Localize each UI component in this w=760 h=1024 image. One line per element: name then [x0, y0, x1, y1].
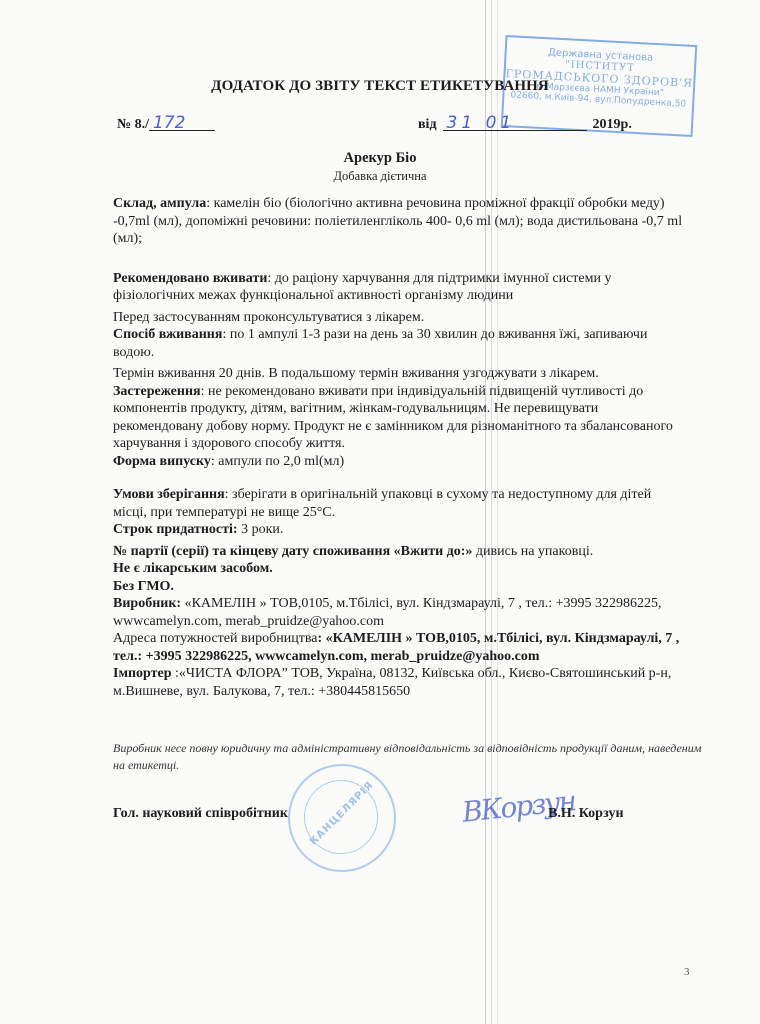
term-paragraph: Термін вживання 20 днів. В подальшому те… [113, 365, 688, 383]
label-text-body: Склад, ампула: камелін біо (біологічно а… [113, 195, 688, 700]
date-prefix: від [418, 117, 437, 132]
facility-paragraph: Адреса потужностей виробництва: «КАМЕЛІН… [113, 630, 688, 665]
batch-paragraph: № партії (серії) та кінцеву дату спожива… [113, 543, 688, 561]
handwritten-date: 31 01 [443, 116, 587, 131]
liability-disclaimer: Виробник несе повну юридичну та адмініст… [113, 740, 703, 774]
importer-paragraph: Імпортер :«ЧИСТА ФЛОРА” ТОВ, Україна, 08… [113, 665, 688, 700]
number-prefix: № 8./ [117, 117, 149, 132]
form-text: : ампули по 2,0 ml(мл) [211, 454, 344, 469]
page-number: 3 [684, 966, 690, 978]
form-paragraph: Форма випуску: ампули по 2,0 ml(мл) [113, 453, 688, 471]
office-round-stamp: КАНЦЕЛЯРІЯ [288, 764, 396, 872]
manufacturer-label: Виробник: [113, 596, 181, 611]
no-gmo-text: Без ГМО. [113, 579, 174, 594]
warnings-paragraph: Застереження: не рекомендовано вживати п… [113, 383, 688, 453]
document-title: ДОДАТОК ДО ЗВІТУ ТЕКСТ ЕТИКЕТУВАННЯ [0, 78, 760, 95]
composition-paragraph: Склад, ампула: камелін біо (біологічно а… [113, 195, 688, 248]
shelf-life-text: 3 роки. [238, 522, 284, 537]
usage-label: Спосіб вживання [113, 327, 222, 342]
product-heading: Арекур Біо Добавка дієтична [0, 150, 760, 184]
composition-label: Склад, ампула [113, 196, 206, 211]
product-name: Арекур Біо [0, 150, 760, 167]
batch-text: дивись на упаковці. [472, 544, 593, 559]
batch-label: № партії (серії) та кінцеву дату спожива… [113, 544, 472, 559]
document-number: № 8./172 [117, 116, 215, 133]
importer-label: Імпортер [113, 666, 172, 681]
manufacturer-text: «КАМЕЛІН » ТОВ,0105, м.Тбілісі, вул. Кін… [113, 596, 662, 629]
recommended-label: Рекомендовано вживати [113, 271, 267, 286]
document-date: від31 012019р. [418, 116, 632, 133]
signer-role: Гол. науковий співробітник [113, 806, 288, 822]
not-drug-note: Не є лікарським засобом. [113, 560, 688, 578]
form-label: Форма випуску [113, 454, 211, 469]
shelf-life-label: Строк придатності: [113, 522, 238, 537]
facility-prefix: Адреса потужностей виробництва [113, 631, 317, 646]
recommended-paragraph: Рекомендовано вживати: до раціону харчув… [113, 270, 688, 305]
product-subtitle: Добавка дієтична [0, 169, 760, 184]
handwritten-number: 172 [149, 116, 215, 131]
warnings-label: Застереження [113, 384, 201, 399]
storage-label: Умови зберігання [113, 487, 225, 502]
storage-paragraph: Умови зберігання: зберігати в оригінальн… [113, 486, 688, 521]
usage-paragraph: Спосіб вживання: по 1 ампулі 1-3 рази на… [113, 326, 688, 361]
no-gmo-note: Без ГМО. [113, 578, 688, 596]
shelf-life-paragraph: Строк придатності: 3 роки. [113, 521, 688, 539]
consult-paragraph: Перед застосуванням проконсультуватися з… [113, 309, 688, 327]
date-year: 2019р. [593, 117, 632, 132]
signer-name: В.Н. Корзун [548, 806, 624, 822]
not-drug-text: Не є лікарським засобом. [113, 561, 273, 576]
importer-text: :«ЧИСТА ФЛОРА” ТОВ, Україна, 08132, Київ… [113, 666, 671, 699]
manufacturer-paragraph: Виробник: «КАМЕЛІН » ТОВ,0105, м.Тбілісі… [113, 595, 688, 630]
